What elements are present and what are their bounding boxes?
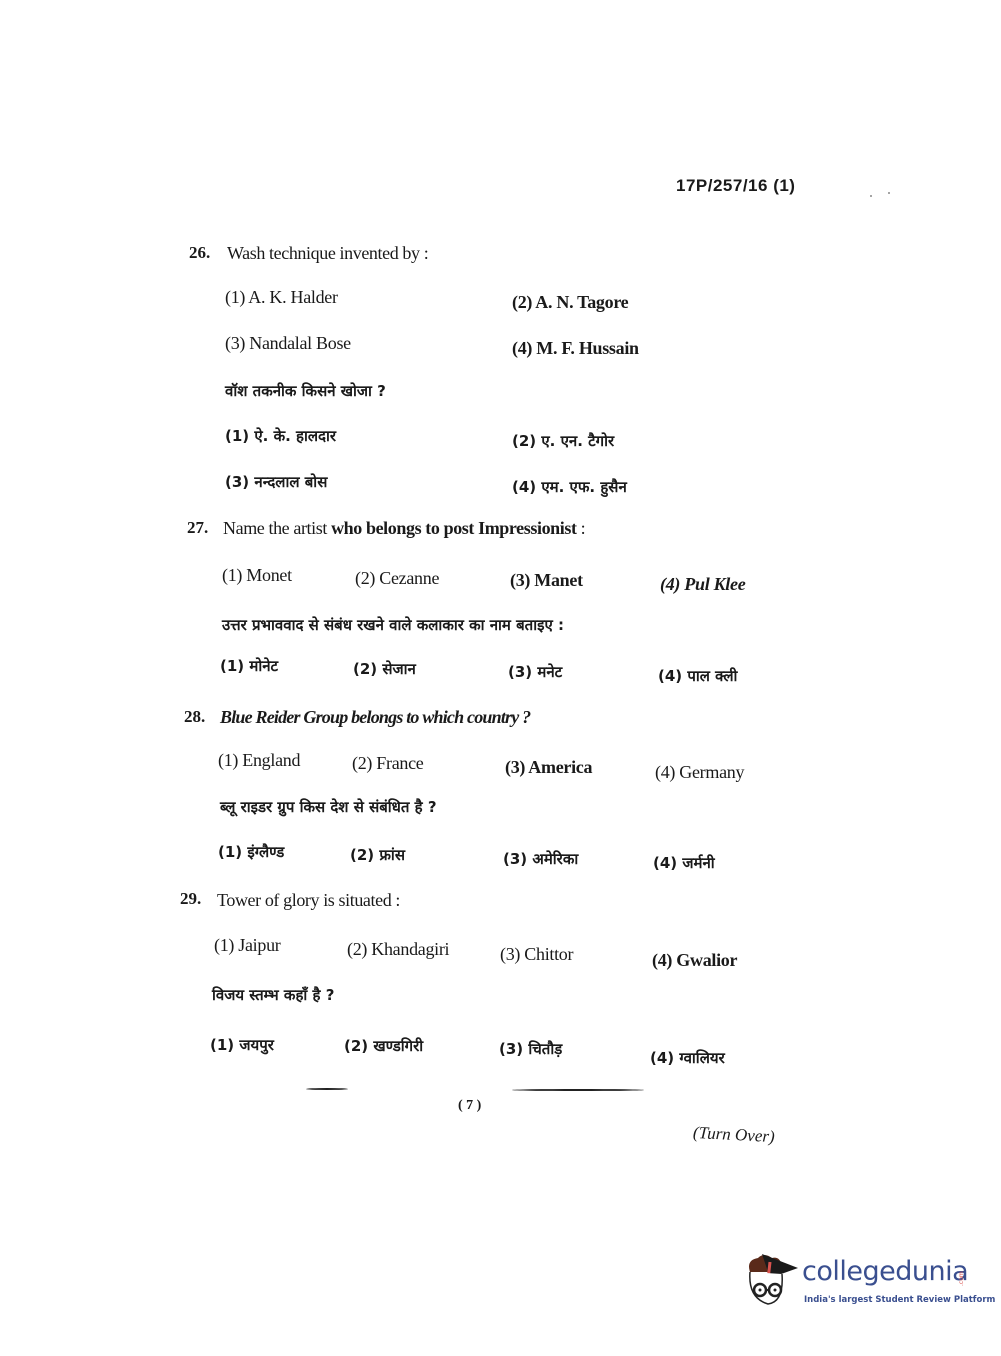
option-4-hi: (4) एम. एफ. हुसैन [512, 477, 627, 497]
option-2-hi: (2) सेजान [353, 659, 416, 679]
question-text-en-part1: Name the artist [223, 518, 331, 538]
option-1-hi: (1) मोनेट [220, 656, 278, 676]
option-4-en: (4) M. F. Hussain [512, 338, 639, 359]
scan-stroke [512, 1089, 644, 1091]
question-number: 27. [187, 518, 208, 538]
question-number: 28. [184, 707, 205, 727]
option-4-hi: (4) जर्मनी [653, 853, 715, 873]
question-number: 29. [180, 889, 201, 909]
brand-name: collegedunia [802, 1256, 968, 1287]
question-text-en: Wash technique invented by : [227, 243, 428, 264]
question-text-en: Name the artist who belongs to post Impr… [223, 518, 585, 539]
option-3-en: (3) America [505, 757, 592, 778]
option-2-en: (2) Cezanne [355, 568, 439, 589]
question-text-en-part3: : [577, 518, 586, 538]
option-2-hi: (2) फ्रांस [350, 845, 405, 865]
question-number: 26. [189, 243, 210, 263]
option-1-hi: (1) इंग्लैण्ड [218, 842, 284, 862]
option-1-en: (1) England [218, 750, 300, 771]
option-2-en: (2) A. N. Tagore [512, 292, 628, 313]
option-3-hi: (3) अमेरिका [503, 849, 578, 869]
option-1-en: (1) Monet [222, 565, 292, 586]
option-1-en: (1) Jaipur [214, 935, 280, 956]
option-4-en: (4) Germany [655, 762, 744, 783]
paper-code: 17P/257/16 (1) [676, 176, 795, 196]
option-1-hi: (1) जयपुर [210, 1035, 274, 1055]
turn-over-note: (Turn Over) [693, 1123, 776, 1147]
option-2-en: (2) France [352, 753, 423, 774]
scan-speck [888, 192, 890, 194]
option-3-hi: (3) नन्दलाल बोस [225, 472, 327, 492]
question-text-hi: उत्तर प्रभाववाद से संबंध रखने वाले कलाका… [222, 615, 564, 635]
option-4-hi: (4) पाल क्ली [658, 666, 737, 686]
option-3-hi: (3) मनेट [508, 662, 562, 682]
option-2-hi: (2) खण्डगिरी [344, 1036, 423, 1056]
option-3-en: (3) Nandalal Bose [225, 333, 351, 354]
scan-speck [870, 195, 872, 197]
question-text-en: Tower of glory is situated : [217, 890, 400, 911]
option-4-en: (4) Gwalior [652, 950, 737, 971]
option-1-en: (1) A. K. Halder [225, 287, 338, 308]
question-text-hi: ब्लू राइडर ग्रुप किस देश से संबंधित है ? [220, 797, 437, 817]
option-2-hi: (2) ए. एन. टैगोर [512, 431, 614, 451]
question-text-hi: विजय स्तम्भ कहाँ है ? [212, 985, 334, 1005]
option-4-hi: (4) ग्वालियर [650, 1048, 725, 1068]
option-1-hi: (1) ऐ. के. हालदार [225, 426, 336, 446]
collegedunia-watermark: collegedunia .com India's largest Studen… [740, 1250, 970, 1310]
question-text-en: Blue Reider Group belongs to which count… [220, 707, 530, 728]
option-3-en: (3) Manet [510, 570, 583, 591]
brand-tagline: India's largest Student Review Platform [804, 1295, 995, 1305]
brand-suffix: .com [958, 1271, 965, 1286]
option-3-en: (3) Chittor [500, 944, 573, 965]
scan-stroke [306, 1088, 348, 1090]
question-text-en-part2: who belongs to post Impressionist [331, 518, 577, 538]
option-4-en: (4) Pul Klee [660, 574, 745, 595]
page-number: ( 7 ) [458, 1098, 481, 1114]
question-text-hi: वॉश तकनीक किसने खोजा ? [225, 381, 386, 401]
option-2-en: (2) Khandagiri [347, 939, 449, 960]
student-mascot-icon [740, 1250, 800, 1310]
option-3-hi: (3) चितौड़ [499, 1039, 562, 1059]
